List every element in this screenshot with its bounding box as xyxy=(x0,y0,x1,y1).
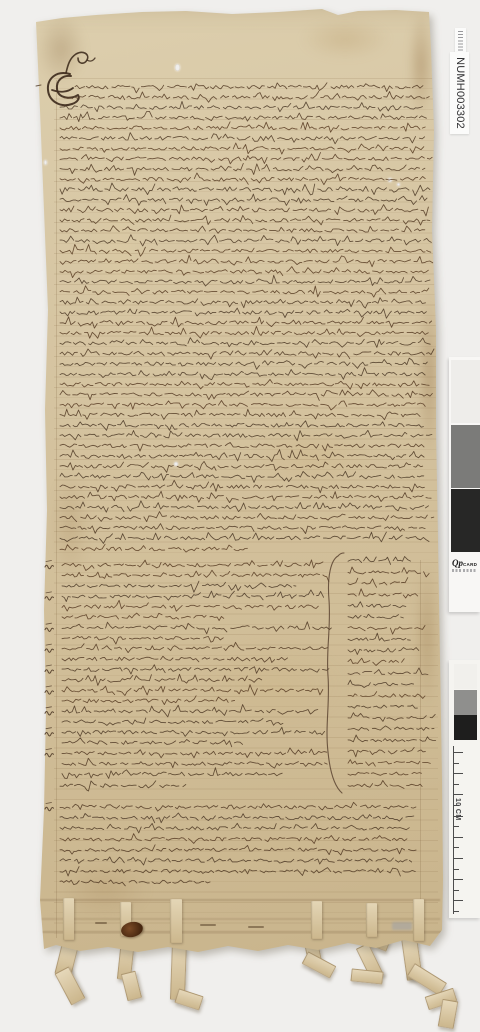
id-sticker: NUMH003302 xyxy=(450,52,469,134)
ruler-tick xyxy=(454,837,463,838)
parchment-hole xyxy=(175,64,180,71)
ruler-tick xyxy=(454,752,463,753)
color-card-fineprint xyxy=(452,569,476,572)
parchment-hole xyxy=(44,160,47,165)
wax-seal-remnant xyxy=(120,920,145,939)
scale-ruler: 10 CM xyxy=(449,660,480,918)
stain xyxy=(408,10,434,120)
ruler-tick xyxy=(454,869,459,870)
ruled-guidelines xyxy=(54,78,438,938)
ruler-tick xyxy=(454,773,463,774)
parchment-hole xyxy=(388,178,392,182)
ruler-label: 10 CM xyxy=(454,798,461,821)
ruler-tick xyxy=(454,784,459,785)
fold-crease xyxy=(40,918,440,920)
plica-tag-strip xyxy=(413,899,424,941)
ruler-patch-black xyxy=(454,715,477,740)
stain xyxy=(250,420,370,490)
photo-of-manuscript: NUMH003302 QpCARD 10 CM xyxy=(0,0,480,1032)
ruler-tick xyxy=(454,826,459,827)
stain xyxy=(414,560,440,710)
fold-crease xyxy=(40,899,440,901)
ruler-tick xyxy=(454,900,463,901)
seal-slit xyxy=(95,922,107,924)
grayscale-color-card: QpCARD xyxy=(449,357,480,612)
ruler-patch-grey xyxy=(454,690,477,715)
brand-small-text: CARD xyxy=(463,562,477,567)
plica-tag-strip xyxy=(311,901,322,939)
stain xyxy=(50,470,90,580)
stain xyxy=(60,860,150,920)
plica-tag-strip xyxy=(63,898,74,940)
ruler-tick xyxy=(454,911,459,912)
grayscale-patch-black xyxy=(451,489,480,552)
seal-slit xyxy=(248,926,264,928)
grayscale-patch-grey xyxy=(451,425,480,488)
fold-crease xyxy=(38,931,442,933)
stain xyxy=(90,150,150,350)
ruler-tick xyxy=(454,890,459,891)
seal-slit xyxy=(200,924,216,926)
stain xyxy=(36,14,86,84)
grey-smudge xyxy=(392,922,412,930)
brand-bold-text: Qp xyxy=(452,558,463,568)
parchment-shadow-wrap xyxy=(0,0,480,1032)
parchment-hole xyxy=(397,183,400,186)
grayscale-patch-white xyxy=(451,360,480,423)
left-margin-line xyxy=(56,80,57,938)
ruler-tick xyxy=(454,763,459,764)
ruler-tick xyxy=(454,879,463,880)
plica-tag-strip xyxy=(170,899,182,943)
ruler-patch-white xyxy=(454,664,477,689)
plica-tag-strip xyxy=(120,902,131,936)
stain xyxy=(418,290,440,460)
id-label-text: NUMH003302 xyxy=(454,57,466,129)
plica-tag-strip xyxy=(366,903,377,937)
ruler-tick xyxy=(454,847,459,848)
right-margin-line xyxy=(420,560,421,938)
ruler-tick xyxy=(454,794,463,795)
stain xyxy=(200,640,350,730)
ruler-baseline xyxy=(453,746,454,914)
parchment-hole xyxy=(174,462,178,466)
ruler-tick xyxy=(454,858,463,859)
parchment xyxy=(0,0,480,1032)
stain xyxy=(300,18,390,60)
